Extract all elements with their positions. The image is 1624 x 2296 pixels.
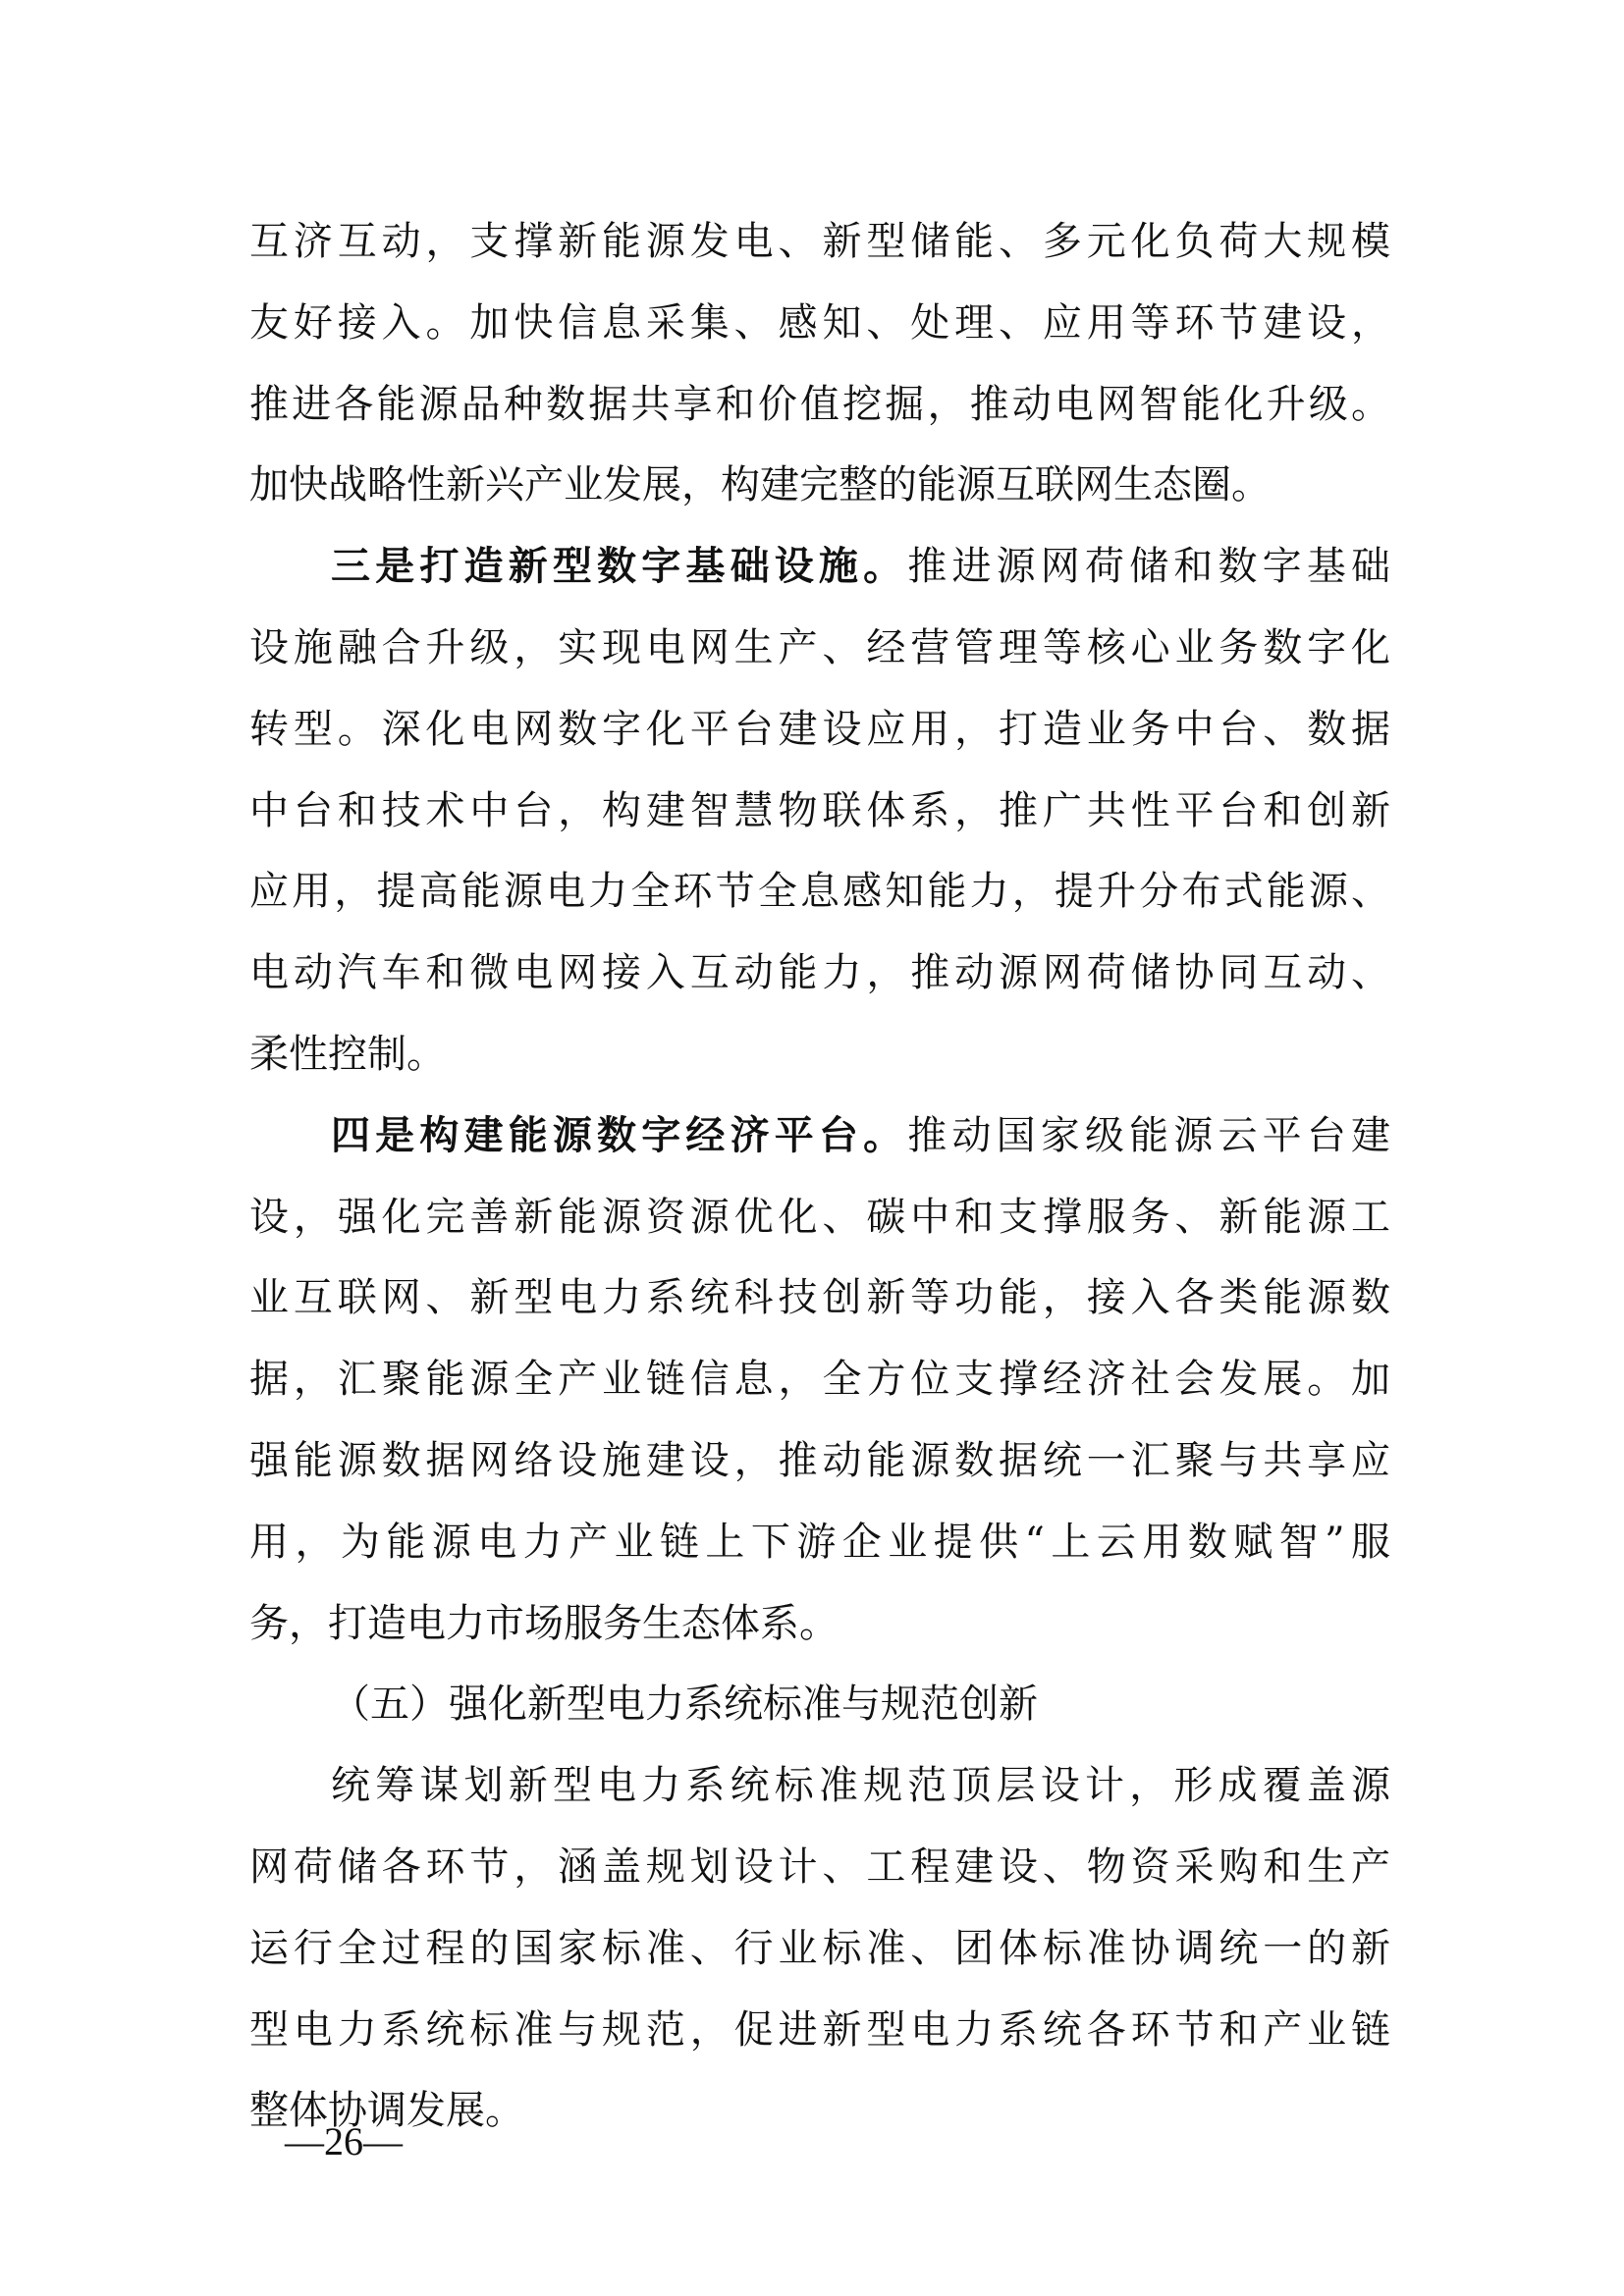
text-line: 电动汽车和微电网接入互动能力，推动源网荷储协同互动、 [249,933,1390,1014]
text-line: 据，汇聚能源全产业链信息，全方位支撑经济社会发展。加 [249,1339,1390,1420]
paragraph-point-four: 四是构建能源数字经济平台。推动国家级能源云平台建 设，强化完善新能源资源优化、碳… [249,1095,1390,1665]
paragraph-point-three: 三是打造新型数字基础设施。推进源网荷储和数字基础 设施融合升级，实现电网生产、经… [249,526,1390,1095]
text-line: 互济互动，支撑新能源发电、新型储能、多元化负荷大规模 [249,201,1390,283]
section-five-heading: （五）强化新型电力系统标准与规范创新 [249,1664,1390,1745]
point-four-heading: 四是构建能源数字经济平台。 [331,1113,907,1158]
text-line: 设施融合升级，实现电网生产、经营管理等核心业务数字化 [249,608,1390,689]
page-number: —26— [285,2118,403,2164]
text-line: 用，为能源电力产业链上下游企业提供“上云用数赋智”服 [249,1502,1390,1583]
text-line: 务，打造电力市场服务生态体系。 [249,1583,1390,1665]
text-line: 业互联网、新型电力系统科技创新等功能，接入各类能源数 [249,1257,1390,1339]
text-line-lead: 三是打造新型数字基础设施。推进源网荷储和数字基础 [249,526,1390,608]
section-five: （五）强化新型电力系统标准与规范创新 统筹谋划新型电力系统标准规范顶层设计，形成… [249,1664,1390,2152]
text-line: 网荷储各环节，涵盖规划设计、工程建设、物资采购和生产 [249,1827,1390,1908]
text-line: 型电力系统标准与规范，促进新型电力系统各环节和产业链 [249,1990,1390,2071]
point-three-heading: 三是打造新型数字基础设施。 [331,544,907,589]
text-line-lead: 四是构建能源数字经济平台。推动国家级能源云平台建 [249,1095,1390,1177]
text-line: 强能源数据网络设施建设，推动能源数据统一汇聚与共享应 [249,1420,1390,1502]
point-four-lead-text: 推动国家级能源云平台建 [907,1113,1390,1158]
text-line: 转型。深化电网数字化平台建设应用，打造业务中台、数据 [249,689,1390,771]
text-line-lead: 统筹谋划新型电力系统标准规范顶层设计，形成覆盖源 [249,1745,1390,1827]
text-line: 设，强化完善新能源资源优化、碳中和支撑服务、新能源工 [249,1177,1390,1258]
text-line: 整体协调发展。 [249,2070,1390,2152]
text-line: 运行全过程的国家标准、行业标准、团体标准协调统一的新 [249,1908,1390,1990]
text-line: 柔性控制。 [249,1014,1390,1095]
text-line: 友好接入。加快信息采集、感知、处理、应用等环节建设， [249,283,1390,364]
text-line: 应用，提高能源电力全环节全息感知能力，提升分布式能源、 [249,851,1390,933]
text-line: 推进各能源品种数据共享和价值挖掘，推动电网智能化升级。 [249,364,1390,446]
text-line: 加快战略性新兴产业发展，构建完整的能源互联网生态圈。 [249,445,1390,526]
paragraph-continuation: 互济互动，支撑新能源发电、新型储能、多元化负荷大规模 友好接入。加快信息采集、感… [249,201,1390,526]
point-three-lead-text: 推进源网荷储和数字基础 [907,544,1390,589]
text-line: 中台和技术中台，构建智慧物联体系，推广共性平台和创新 [249,771,1390,852]
document-page: 互济互动，支撑新能源发电、新型储能、多元化负荷大规模 友好接入。加快信息采集、感… [249,201,1390,2152]
